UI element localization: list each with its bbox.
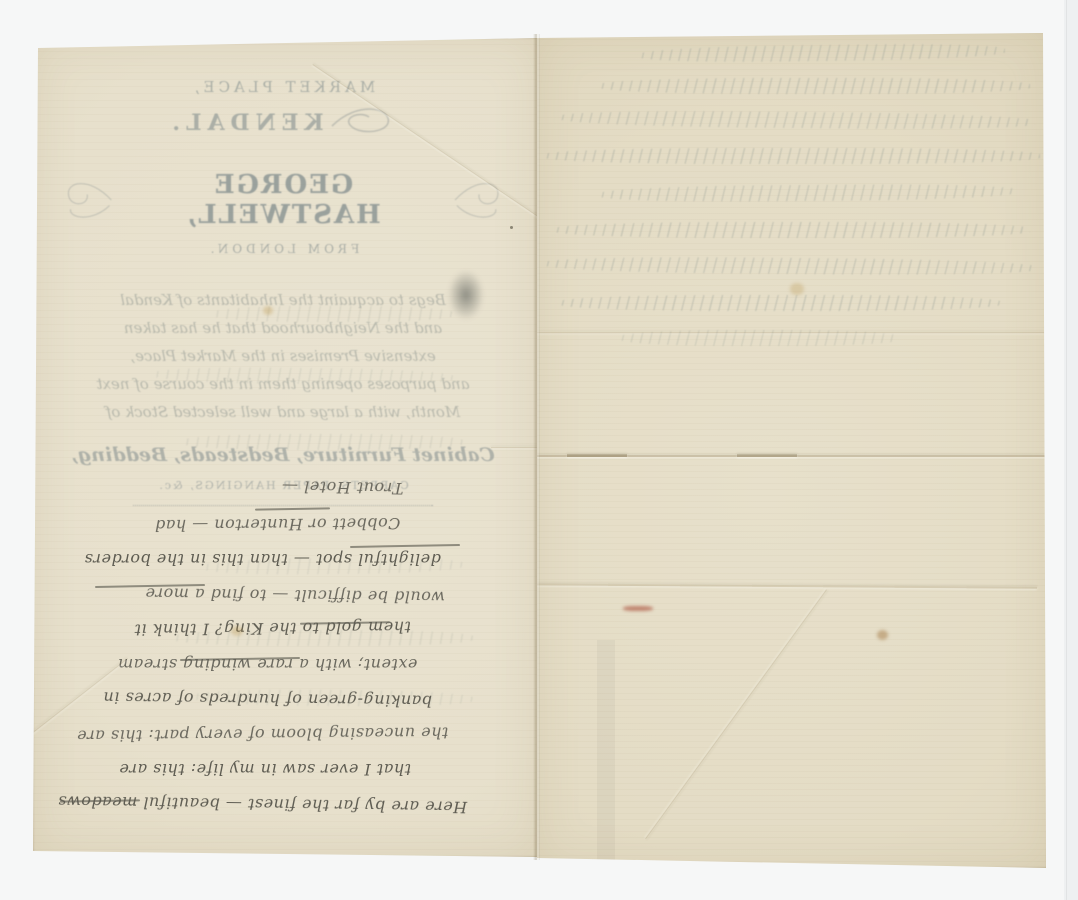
red-stain-dash bbox=[623, 606, 653, 611]
showthrough-line bbox=[600, 78, 1030, 94]
showthrough-line bbox=[213, 306, 453, 322]
scanner-edge-line bbox=[1066, 0, 1067, 900]
announcement-line: Month, with a large and well selected St… bbox=[61, 398, 505, 426]
letterhead-proprietor: GEORGE HASTWELL, bbox=[123, 170, 444, 230]
right-scroll-flourish-icon bbox=[61, 172, 115, 228]
center-fold bbox=[533, 34, 540, 860]
fold-crease-horizontal bbox=[537, 583, 1037, 588]
letterhead-name-row: GEORGE HASTWELL, bbox=[61, 170, 505, 230]
handwriting-line: Trout Hotel — bbox=[250, 476, 435, 498]
fold-crease-segment bbox=[567, 454, 627, 457]
scanned-letter: MARKET PLACE, KENDAL. GEORGE HASTWELL, F… bbox=[0, 0, 1078, 900]
diagonal-crease bbox=[645, 589, 827, 839]
letterhead-town-row: KENDAL. bbox=[61, 106, 505, 140]
letter-page-left: MARKET PLACE, KENDAL. GEORGE HASTWELL, F… bbox=[33, 38, 537, 857]
letter-page-right bbox=[537, 30, 1047, 868]
announcement-line: extensive Premises in the Market Place, bbox=[61, 342, 505, 370]
underline-stroke bbox=[350, 544, 460, 548]
stain-spot bbox=[697, 885, 719, 893]
handwriting-line: delightful spot — than this in the borde… bbox=[60, 550, 465, 569]
showthrough-line bbox=[640, 42, 1005, 63]
showthrough-line bbox=[555, 222, 1030, 238]
handwriting-line: the unceasing bloom of every part: this … bbox=[60, 723, 465, 746]
letterhead-town: KENDAL. bbox=[166, 110, 323, 136]
showthrough-line bbox=[545, 148, 1040, 164]
stain-spot bbox=[877, 630, 888, 640]
letterhead-address: MARKET PLACE, bbox=[61, 78, 505, 96]
showthrough-line bbox=[560, 295, 1000, 311]
stain-spot bbox=[231, 626, 243, 636]
vertical-shadow-band bbox=[597, 640, 615, 862]
stain-spot bbox=[263, 306, 273, 315]
showthrough-line bbox=[560, 110, 1035, 131]
handwriting-line: Here are by far the finest — beautiful m… bbox=[55, 792, 470, 817]
handwriting-line: Cobbett or Hunterton — had bbox=[95, 513, 460, 535]
ink-smudge bbox=[448, 270, 484, 320]
showthrough-line bbox=[545, 256, 1035, 276]
stain-spot bbox=[790, 283, 804, 295]
underline-stroke bbox=[255, 507, 330, 510]
fold-crease-segment bbox=[737, 454, 797, 457]
left-scroll-flourish-icon bbox=[451, 172, 505, 228]
handwriting-line: banking-green of hundreds of acres in bbox=[70, 688, 465, 711]
paper-crease bbox=[491, 447, 537, 448]
handwriting-line: that I ever saw in my life: this are bbox=[62, 760, 468, 779]
letterhead-rule bbox=[133, 505, 433, 506]
fold-crease-horizontal bbox=[537, 332, 1045, 333]
swash-flourish-icon bbox=[328, 106, 400, 140]
letterhead-origin: FROM LONDON. bbox=[61, 242, 505, 256]
showthrough-line bbox=[183, 434, 463, 450]
paper-speck bbox=[510, 226, 513, 229]
handwriting-line: would be difficult — to find a more bbox=[120, 584, 470, 607]
showthrough-line bbox=[600, 183, 1015, 203]
